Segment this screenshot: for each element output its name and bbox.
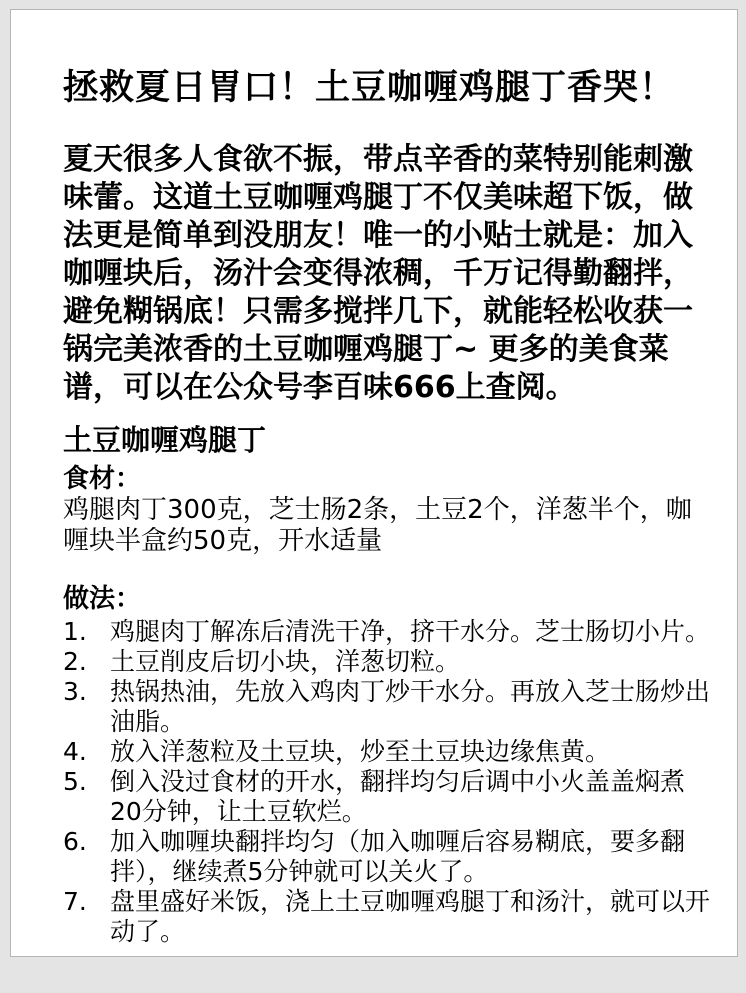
step-item-5: 5. 倒入没过食材的开水，翻拌均匀后调中小火盖盖焖煮20分钟，让土豆软烂。 (63, 767, 713, 827)
document-canvas: 拯救夏日胃口！土豆咖喱鸡腿丁香哭！ 夏天很多人食欲不振，带点辛香的菜特别能刺激味… (0, 0, 746, 993)
intro-paragraph: 夏天很多人食欲不振，带点辛香的菜特别能刺激味蕾。这道土豆咖喱鸡腿丁不仅美味超下饭… (63, 141, 713, 407)
step-text: 倒入没过食材的开水，翻拌均匀后调中小火盖盖焖煮20分钟，让土豆软烂。 (110, 767, 713, 827)
step-number: 4. (63, 737, 110, 767)
step-item-2: 2. 土豆削皮后切小块，洋葱切粒。 (63, 647, 713, 677)
step-item-6: 6. 加入咖喱块翻拌均匀（加入咖喱后容易糊底，要多翻拌），继续煮5分钟就可以关火… (63, 827, 713, 887)
steps-label: 做法： (63, 583, 713, 615)
step-text: 热锅热油，先放入鸡肉丁炒干水分。再放入芝士肠炒出油脂。 (110, 677, 713, 737)
step-text: 放入洋葱粒及土豆块，炒至土豆块边缘焦黄。 (110, 737, 713, 767)
steps-list: 1. 鸡腿肉丁解冻后清洗干净，挤干水分。芝士肠切小片。 2. 土豆削皮后切小块，… (63, 617, 713, 947)
document-title: 拯救夏日胃口！土豆咖喱鸡腿丁香哭！ (63, 65, 713, 111)
step-text: 鸡腿肉丁解冻后清洗干净，挤干水分。芝士肠切小片。 (110, 617, 713, 647)
document-page: 拯救夏日胃口！土豆咖喱鸡腿丁香哭！ 夏天很多人食欲不振，带点辛香的菜特别能刺激味… (10, 9, 738, 957)
step-text: 盘里盛好米饭，浇上土豆咖喱鸡腿丁和汤汁，就可以开动了。 (110, 887, 713, 947)
step-number: 7. (63, 887, 110, 917)
ingredients-label: 食材： (63, 463, 713, 495)
ingredients-text: 鸡腿肉丁300克，芝士肠2条，土豆2个，洋葱半个，咖喱块半盒约50克，开水适量 (63, 495, 713, 557)
step-item-7: 7. 盘里盛好米饭，浇上土豆咖喱鸡腿丁和汤汁，就可以开动了。 (63, 887, 713, 947)
step-item-4: 4. 放入洋葱粒及土豆块，炒至土豆块边缘焦黄。 (63, 737, 713, 767)
recipe-name-heading: 土豆咖喱鸡腿丁 (63, 423, 713, 457)
document-content: 拯救夏日胃口！土豆咖喱鸡腿丁香哭！ 夏天很多人食欲不振，带点辛香的菜特别能刺激味… (63, 65, 713, 947)
step-item-3: 3. 热锅热油，先放入鸡肉丁炒干水分。再放入芝士肠炒出油脂。 (63, 677, 713, 737)
step-number: 3. (63, 677, 110, 707)
step-number: 5. (63, 767, 110, 797)
step-text: 土豆削皮后切小块，洋葱切粒。 (110, 647, 713, 677)
step-number: 2. (63, 647, 110, 677)
step-item-1: 1. 鸡腿肉丁解冻后清洗干净，挤干水分。芝士肠切小片。 (63, 617, 713, 647)
step-text: 加入咖喱块翻拌均匀（加入咖喱后容易糊底，要多翻拌），继续煮5分钟就可以关火了。 (110, 827, 713, 887)
step-number: 1. (63, 617, 110, 647)
step-number: 6. (63, 827, 110, 857)
